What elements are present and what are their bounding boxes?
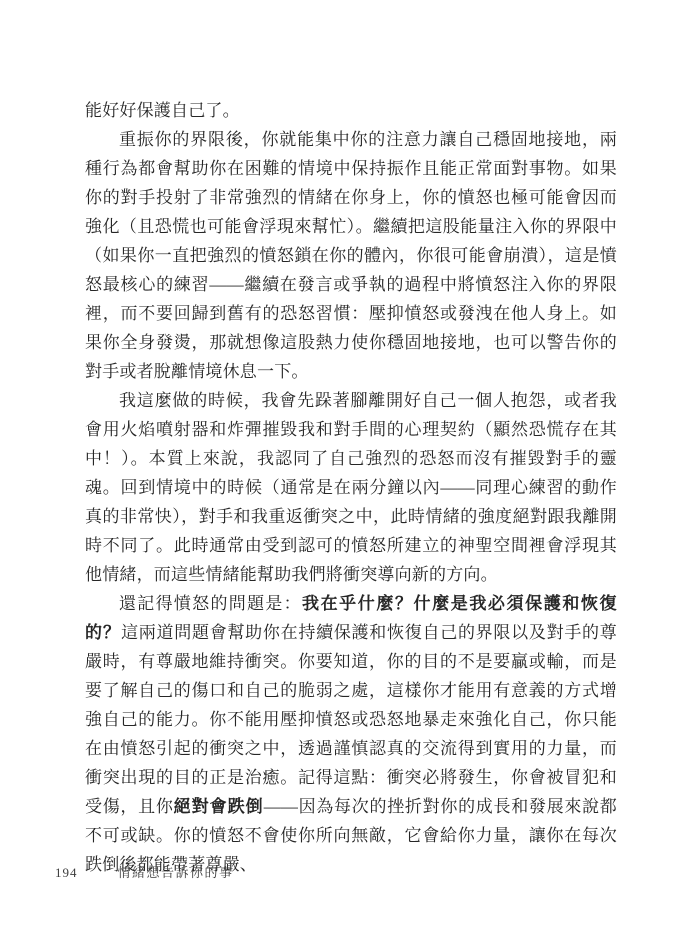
text-run: 還記得憤怒的問題是：: [119, 594, 302, 613]
emphasis-text-run: 絕對會跌倒: [174, 797, 264, 816]
paragraph: 還記得憤怒的問題是：我在乎什麼？什麼是我必須保護和恢復的？這兩道問題會幫助你在持…: [85, 589, 617, 879]
page-footer: 194 情緒想告訴你的事: [55, 862, 234, 881]
text-run: 我這麼做的時候，我會先跺著腳離開好自己一個人抱怨，或者我會用火焰噴射器和炸彈摧毀…: [85, 391, 617, 584]
page-number: 194: [55, 865, 78, 881]
paragraph: 我這麼做的時候，我會先跺著腳離開好自己一個人抱怨，或者我會用火焰噴射器和炸彈摧毀…: [85, 386, 617, 589]
book-page: 能好好保護自己了。重振你的界限後，你就能集中你的注意力讓自己穩固地接地，兩種行為…: [0, 0, 700, 947]
text-run: 能好好保護自己了。: [85, 101, 240, 120]
page-body-text: 能好好保護自己了。重振你的界限後，你就能集中你的注意力讓自己穩固地接地，兩種行為…: [85, 96, 617, 879]
text-run: 這兩道問題會幫助你在持續保護和恢復自己的界限以及對手的尊嚴時，有尊嚴地維持衝突。…: [85, 623, 617, 816]
paragraph: 重振你的界限後，你就能集中你的注意力讓自己穩固地接地，兩種行為都會幫助你在困難的…: [85, 125, 617, 386]
text-run: 重振你的界限後，你就能集中你的注意力讓自己穩固地接地，兩種行為都會幫助你在困難的…: [85, 130, 617, 381]
book-title-footer: 情緒想告訴你的事: [118, 862, 234, 881]
paragraph: 能好好保護自己了。: [85, 96, 617, 125]
